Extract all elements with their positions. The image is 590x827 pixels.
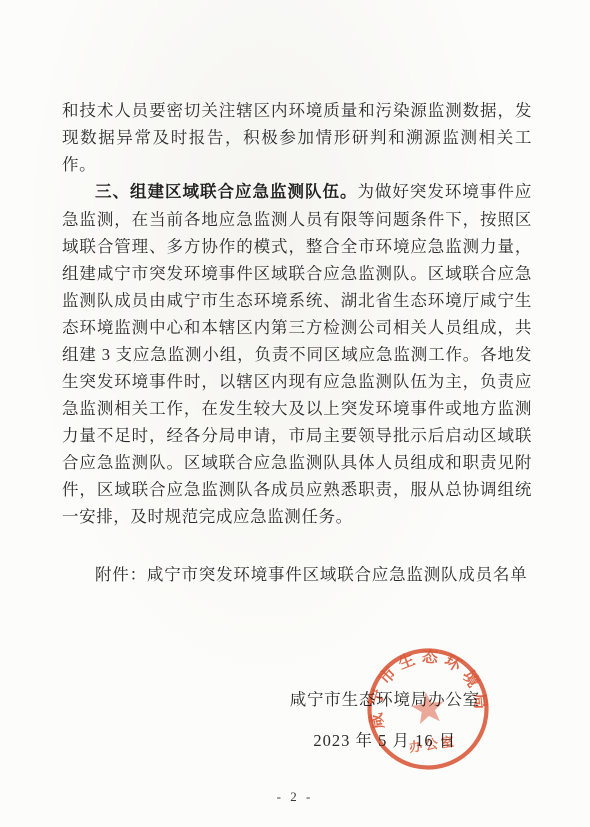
signature-date: 2023 年 5 月 16 日 [290, 727, 480, 751]
document-page: 和技术人员要密切关注辖区内环境质量和污染源监测数据，发现数据异常及时报告，积极参… [0, 0, 590, 827]
section-heading: 三、组建区域联合应急监测队伍。 [95, 183, 357, 201]
paragraph-text: 为做好突发环境事件应急监测，在当前各地应急监测人员有限等问题条件下，按照区域联合… [62, 182, 532, 526]
paragraph-text: 和技术人员要密切关注辖区内环境质量和污染源监测数据，发现数据异常及时报告，积极参… [62, 101, 532, 174]
signature-block: 咸宁市生态环境局办公室 2023 年 5 月 16 日 [290, 686, 480, 751]
page-number: - 2 - [0, 789, 590, 805]
document-body: 和技术人员要密切关注辖区内环境质量和污染源监测数据，发现数据异常及时报告，积极参… [62, 97, 532, 530]
attachment-line: 附件：咸宁市突发环境事件区域联合应急监测队成员名单 [62, 561, 528, 585]
signature-org: 咸宁市生态环境局办公室 [290, 686, 480, 710]
paragraph-continuation: 和技术人员要密切关注辖区内环境质量和污染源监测数据，发现数据异常及时报告，积极参… [62, 97, 532, 178]
paragraph-section-three: 三、组建区域联合应急监测队伍。为做好突发环境事件应急监测，在当前各地应急监测人员… [62, 178, 532, 530]
